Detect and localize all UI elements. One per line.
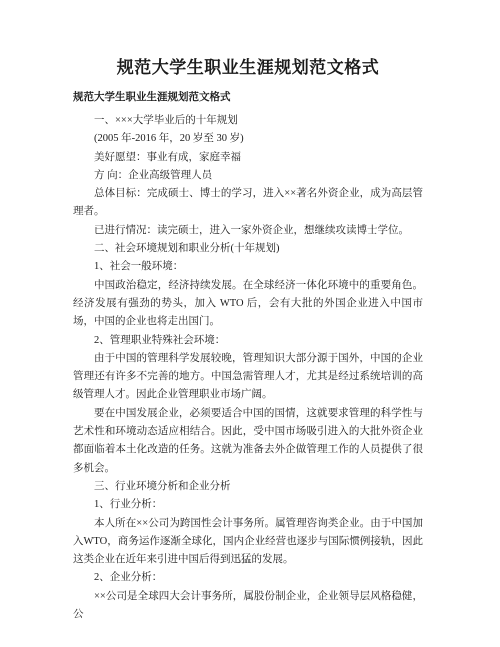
paragraph: 总体目标：完成硕士、博士的学习，进入××著名外资企业，成为高层管理者。 bbox=[73, 185, 423, 222]
paragraph: 二、社会环境规划和职业分析(十年规划) bbox=[73, 240, 423, 258]
paragraph: 2、管理职业特殊社会环境： bbox=[73, 332, 423, 350]
paragraph: 中国政治稳定，经济持续发展。在全球经济一体化环境中的重要角色。经济发展有强劲的势… bbox=[73, 277, 423, 332]
document-body: 一、×××大学毕业后的十年规划(2005 年-2016 年，20 岁至 30 岁… bbox=[73, 112, 423, 624]
document-heading: 规范大学生职业生涯规划范文格式 bbox=[73, 89, 423, 107]
paragraph: 要在中国发展企业，必须要适合中国的国情，这就要求管理的科学性与艺术性和环境动态适… bbox=[73, 405, 423, 478]
document-page: 规范大学生职业生涯规划范文格式 规范大学生职业生涯规划范文格式 一、×××大学毕… bbox=[0, 0, 500, 647]
paragraph: 方 向：企业高级管理人员 bbox=[73, 167, 423, 185]
paragraph: (2005 年-2016 年，20 岁至 30 岁) bbox=[73, 130, 423, 148]
paragraph: 由于中国的管理科学发展较晚，管理知识大部分源于国外，中国的企业管理还有许多不完善… bbox=[73, 350, 423, 405]
paragraph: 1、行业分析： bbox=[73, 496, 423, 514]
paragraph: 已进行情况：读完硕士，进入一家外资企业，想继续攻读博士学位。 bbox=[73, 222, 423, 240]
paragraph: 美好愿望：事业有成，家庭幸福 bbox=[73, 149, 423, 167]
paragraph: 本人所在××公司为跨国性会计事务所。属管理咨询类企业。由于中国加入WTO，商务运… bbox=[73, 515, 423, 570]
document-title: 规范大学生职业生涯规划范文格式 bbox=[73, 55, 423, 80]
paragraph: 1、社会一般环境： bbox=[73, 258, 423, 276]
paragraph: 2、企业分析： bbox=[73, 569, 423, 587]
paragraph: 三、行业环境分析和企业分析 bbox=[73, 478, 423, 496]
document-content: 规范大学生职业生涯规划范文格式 规范大学生职业生涯规划范文格式 一、×××大学毕… bbox=[0, 0, 500, 624]
paragraph: 一、×××大学毕业后的十年规划 bbox=[73, 112, 423, 130]
paragraph: ××公司是全球四大会计事务所，属股份制企业，企业领导层风格稳健，公 bbox=[73, 588, 423, 625]
